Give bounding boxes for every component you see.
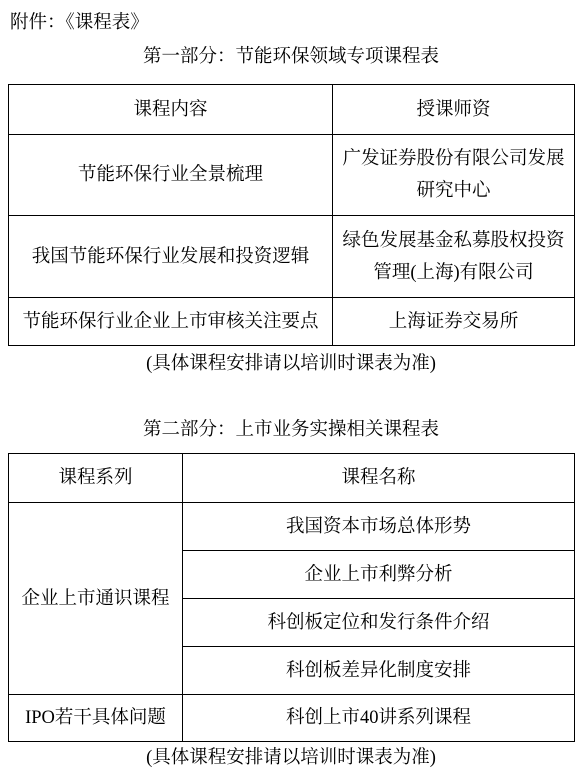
course-cell: 节能环保行业全景梳理 <box>9 135 333 216</box>
attachment-label: 附件：《课程表》 <box>10 10 574 36</box>
table-part1-header-faculty: 授课师资 <box>333 85 575 135</box>
course-name-cell: 科创上市40讲系列课程 <box>183 695 575 742</box>
faculty-cell: 广发证券股份有限公司发展研究中心 <box>333 135 575 216</box>
part2-title: 第二部分：上市业务实操相关课程表 <box>8 417 574 443</box>
faculty-cell: 绿色发展基金私募股权投资管理(上海)有限公司 <box>333 216 575 298</box>
course-name-cell: 我国资本市场总体形势 <box>183 503 575 551</box>
course-name-cell: 企业上市利弊分析 <box>183 551 575 599</box>
table-part1-note: (具体课程安排请以培训时课表为准) <box>8 351 574 377</box>
course-cell: 我国节能环保行业发展和投资逻辑 <box>9 216 333 298</box>
table-row: 节能环保行业企业上市审核关注要点 上海证券交易所 <box>9 298 575 346</box>
part1-title: 第一部分：节能环保领域专项课程表 <box>8 44 574 70</box>
table-part2: 课程系列 课程名称 企业上市通识课程 我国资本市场总体形势 企业上市利弊分析 科… <box>8 453 575 742</box>
series-cell: 企业上市通识课程 <box>9 503 183 695</box>
table-part2-header-course-name: 课程名称 <box>183 454 575 503</box>
table-part1-header-row: 课程内容 授课师资 <box>9 85 575 135</box>
table-part2-note: (具体课程安排请以培训时课表为准) <box>8 745 574 771</box>
table-part1-header-course-content: 课程内容 <box>9 85 333 135</box>
course-cell: 节能环保行业企业上市审核关注要点 <box>9 298 333 346</box>
course-name-cell: 科创板差异化制度安排 <box>183 647 575 695</box>
course-name-cell: 科创板定位和发行条件介绍 <box>183 599 575 647</box>
table-part1: 课程内容 授课师资 节能环保行业全景梳理 广发证券股份有限公司发展研究中心 我国… <box>8 84 575 346</box>
series-cell: IPO若干具体问题 <box>9 695 183 742</box>
table-row: 节能环保行业全景梳理 广发证券股份有限公司发展研究中心 <box>9 135 575 216</box>
table-row: 企业上市通识课程 我国资本市场总体形势 <box>9 503 575 551</box>
document-page: 附件：《课程表》 第一部分：节能环保领域专项课程表 课程内容 授课师资 节能环保… <box>0 0 582 771</box>
table-row: 我国节能环保行业发展和投资逻辑 绿色发展基金私募股权投资管理(上海)有限公司 <box>9 216 575 298</box>
faculty-cell: 上海证券交易所 <box>333 298 575 346</box>
table-part2-header-series: 课程系列 <box>9 454 183 503</box>
table-part2-header-row: 课程系列 课程名称 <box>9 454 575 503</box>
table-row: IPO若干具体问题 科创上市40讲系列课程 <box>9 695 575 742</box>
